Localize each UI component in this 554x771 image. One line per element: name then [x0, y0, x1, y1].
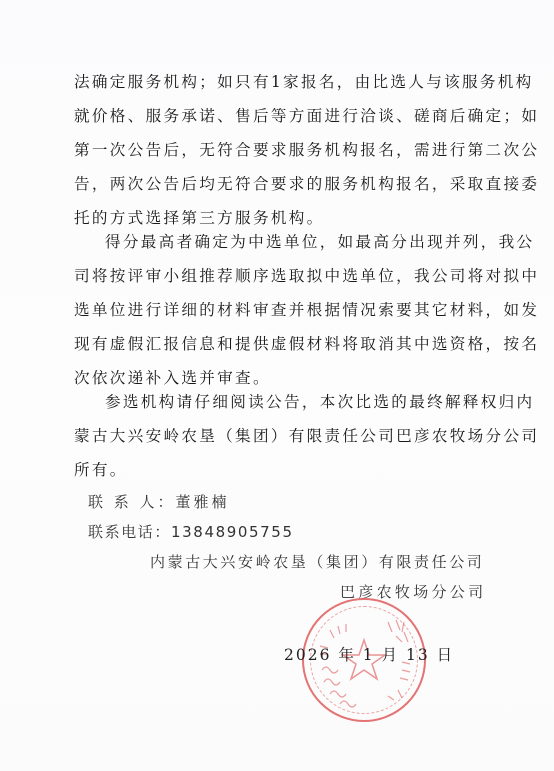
body-line: 选单位进行详细的材料审查并根据情况索要其它材料，如发 [74, 300, 539, 320]
body-line: 现有虚假汇报信息和提供虚假材料将取消其中选资格，按名 [74, 334, 539, 354]
body-line: 参选机构请仔细阅读公告，本次比选的最终解释权归内 [105, 392, 534, 412]
body-line: 第一次公告后，无符合要求服务机构报名，需进行第二次公 [74, 140, 539, 160]
body-line: 就价格、服务承诺、售后等方面进行洽谈、磋商后确定；如 [74, 106, 539, 126]
body-line: 次依次递补入选并审查。 [74, 368, 271, 388]
body-line: 蒙古大兴安岭农垦（集团）有限责任公司巴彦农牧场分公司 [74, 426, 539, 446]
contact-person: 联 系 人：董雅楠 [88, 492, 230, 512]
body-line: 得分最高者确定为中选单位，如最高分出现并列，我公 [105, 232, 534, 252]
body-line: 告，两次公告后均无符合要求的服务机构报名，采取直接委 [74, 174, 539, 194]
body-line: 托的方式选择第三方服务机构。 [74, 208, 325, 228]
body-line: 所有。 [74, 460, 128, 480]
contact-phone: 联系电话：13848905755 [88, 522, 294, 542]
body-line: 司将按评审小组推荐顺序选取拟中选单位，我公司将对拟中 [74, 266, 539, 286]
contact-phone-number: 13848905755 [171, 523, 294, 541]
body-line: 法确定服务机构；如只有1家报名，由比选人与该服务机构 [74, 72, 534, 92]
contact-person-label: 联 系 人： [88, 493, 176, 511]
contact-phone-label: 联系电话： [88, 523, 171, 541]
contact-person-name: 董雅楠 [176, 493, 230, 511]
signature-company-line1: 内蒙古大兴安岭农垦（集团）有限责任公司 [150, 552, 484, 572]
document-page: 法确定服务机构；如只有1家报名，由比选人与该服务机构 就价格、服务承诺、售后等方… [0, 0, 554, 771]
signature-date: 2026 年 1 月 13 日 [284, 643, 454, 665]
